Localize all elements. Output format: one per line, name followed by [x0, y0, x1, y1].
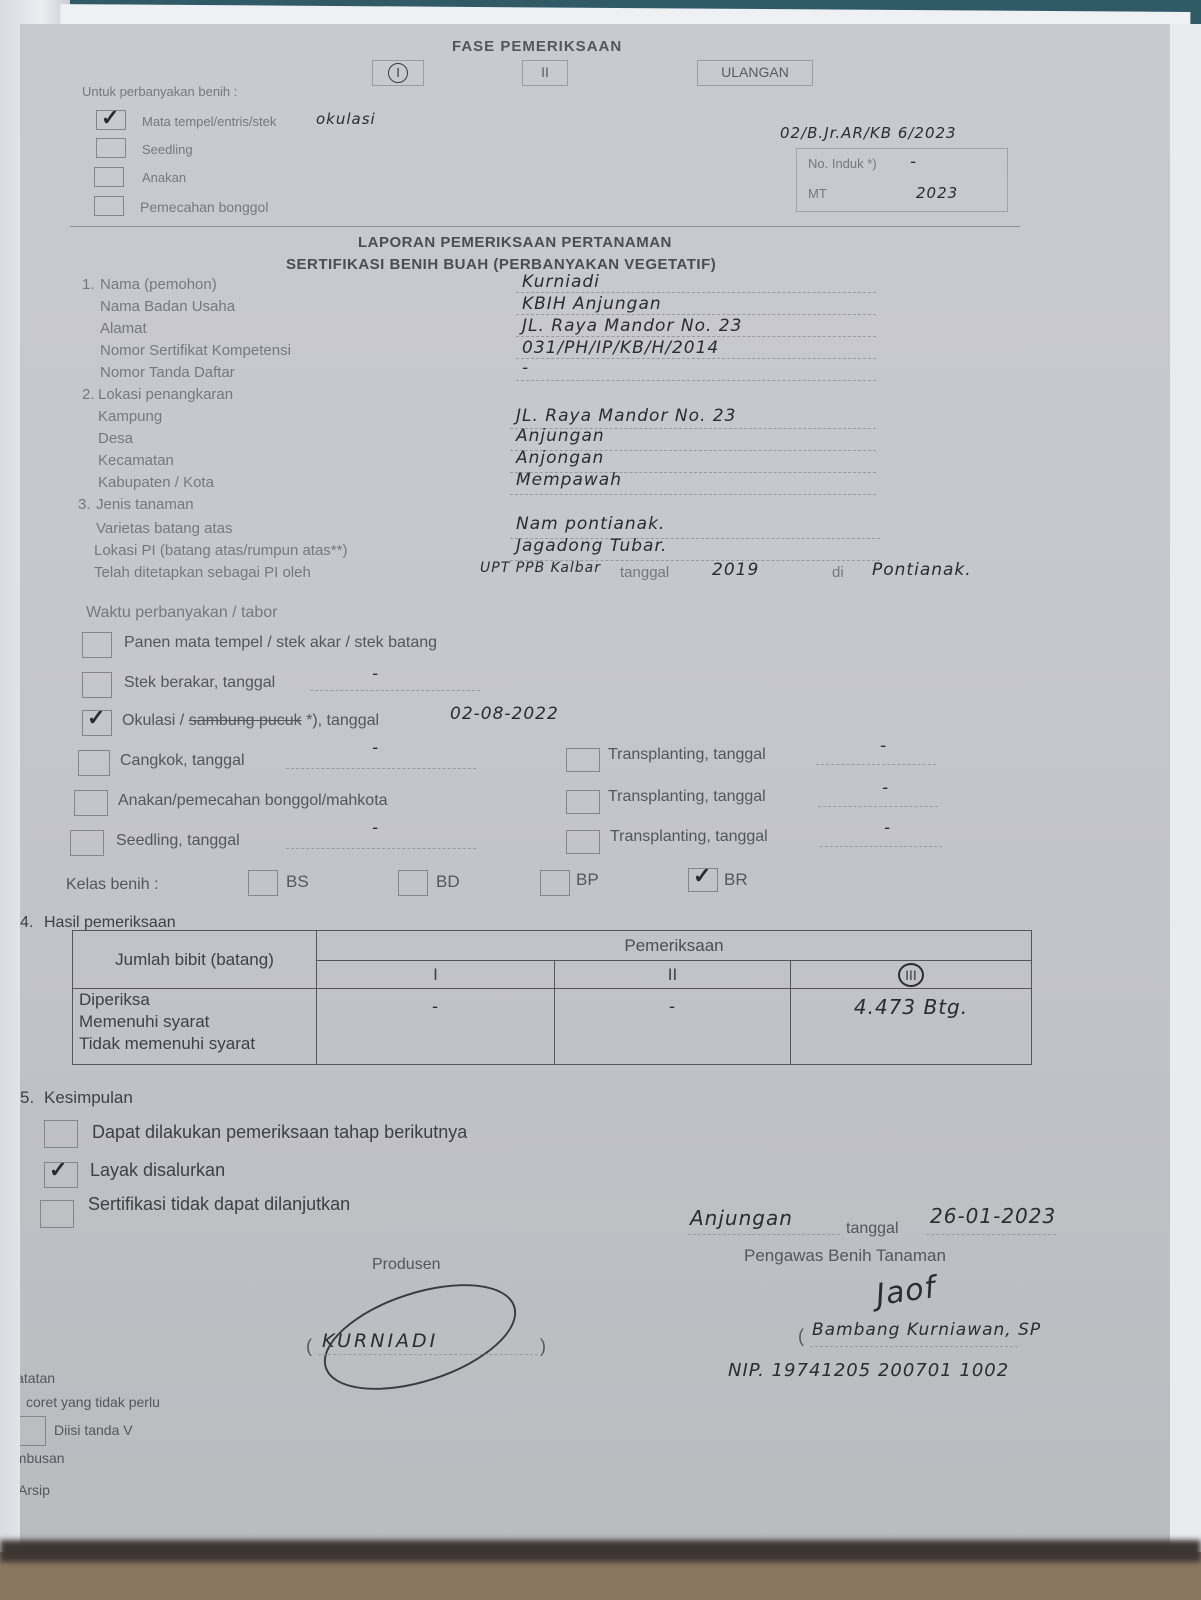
fill-line — [516, 336, 876, 337]
tembusan-label: Tembusan — [20, 1450, 65, 1466]
checkbox-kelas-bs[interactable] — [248, 870, 278, 896]
checkbox-seedling[interactable] — [96, 138, 126, 158]
field-label: Nama (pemohon) — [100, 276, 217, 293]
inspector-name: Bambang Kurniawan, SP — [812, 1320, 1041, 1340]
note-box-symbol — [20, 1416, 46, 1446]
fill-line — [318, 1354, 538, 1355]
kesimpulan-option-label: Sertifikasi tidak dapat dilanjutkan — [88, 1194, 350, 1215]
tanggal-suffix: *), tanggal — [302, 712, 379, 729]
tembusan-item: Arsip — [20, 1482, 50, 1498]
signature-date: 26-01-2023 — [930, 1204, 1056, 1228]
field-label: Kabupaten / Kota — [98, 474, 214, 491]
kesimpulan-option-label: Layak disalurkan — [90, 1160, 225, 1181]
row-label-memenuhi: Memenuhi syarat — [79, 1011, 316, 1033]
no-induk-value: - — [910, 152, 917, 172]
sambung-pucuk-struck: sambung pucuk — [189, 712, 302, 729]
checkbox-okulasi[interactable]: ✓ — [82, 710, 112, 736]
inspector-signature: Jaof — [874, 1270, 938, 1313]
signature-place: Anjungan — [690, 1206, 793, 1230]
field-value-tanda-daftar: - — [522, 358, 529, 378]
table-surface — [0, 1552, 1201, 1600]
kelas-option-label: BP — [576, 870, 599, 890]
checkbox-kelas-bd[interactable] — [398, 870, 428, 896]
row-labels-cell: Diperiksa Memenuhi syarat Tidak memenuhi… — [73, 989, 317, 1065]
producer-label: Produsen — [372, 1256, 441, 1274]
field-label: Desa — [98, 430, 133, 447]
fase-option-label: I — [396, 65, 400, 80]
value-pemeriksaan-ii: - — [555, 989, 791, 1065]
fill-line — [286, 768, 476, 769]
section-number: 5. — [20, 1088, 34, 1108]
waktu-heading: Waktu perbanyakan / tabor — [86, 604, 278, 622]
kelas-option-label: BR — [724, 870, 748, 890]
field-value-kecamatan: Anjongan — [516, 448, 604, 468]
paper-right-edge — [1170, 24, 1201, 1600]
waktu-item-label: Panen mata tempel / stek akar / stek bat… — [124, 634, 437, 652]
kelas-option-label: BS — [286, 872, 309, 892]
checkbox-pemecahan-bonggol[interactable] — [94, 196, 124, 216]
transplanting-value: - — [882, 778, 889, 798]
producer-open-paren: ( — [306, 1336, 312, 1357]
field-label: Nama Badan Usaha — [100, 298, 235, 315]
fill-line — [926, 1234, 1056, 1235]
field-value-varietas: Nam pontianak. — [516, 514, 665, 534]
no-induk-label: No. Induk *) — [808, 156, 877, 171]
header-divider — [70, 226, 1020, 227]
checkbox-cangkok[interactable] — [78, 750, 110, 776]
waktu-item-value: - — [372, 664, 379, 684]
transplanting-value: - — [884, 818, 891, 838]
column-header-ii: II — [555, 961, 791, 989]
perbanyakan-label: Untuk perbanyakan benih : — [82, 84, 237, 99]
tanggal-label: tanggal — [620, 564, 669, 581]
waktu-item-label: Cangkok, tanggal — [120, 752, 245, 770]
checkbox-stek-berakar[interactable] — [82, 672, 112, 698]
field-label: Nomor Sertifikat Kompetensi — [100, 342, 291, 359]
checkbox-mata-tempel[interactable]: ✓ — [96, 110, 126, 130]
perbanyakan-handwritten: okulasi — [316, 110, 376, 128]
perbanyakan-option-label: Mata tempel/entris/stek — [142, 114, 276, 129]
kesimpulan-option-label: Dapat dilakukan pemeriksaan tahap beriku… — [92, 1122, 467, 1143]
waktu-item-label: Seedling, tanggal — [116, 832, 240, 850]
checkbox-anakan[interactable] — [94, 167, 124, 187]
waktu-item-label: Anakan/pemecahan bonggol/mahkota — [118, 792, 388, 810]
mt-label: MT — [808, 186, 827, 201]
checkmark-icon: ✓ — [101, 105, 119, 131]
waktu-item-value: - — [372, 818, 379, 838]
field-value-alamat: JL. Raya Mandor No. 23 — [522, 316, 742, 336]
row-label-diperiksa: Diperiksa — [79, 989, 316, 1011]
checkbox-transplanting-3[interactable] — [566, 830, 600, 854]
fase-option-label: II — [541, 64, 549, 80]
checkbox-layak-disalurkan[interactable]: ✓ — [44, 1162, 78, 1188]
column-header-label: III — [905, 967, 917, 983]
section-number: 3. — [78, 496, 91, 513]
report-subtitle: SERTIFIKASI BENIH BUAH (PERBANYAKAN VEGE… — [286, 256, 716, 273]
fill-line — [816, 764, 936, 765]
waktu-item-label: Stek berakar, tanggal — [124, 674, 275, 692]
field-label: Telah ditetapkan sebagai PI oleh — [94, 564, 311, 581]
fase-option-2[interactable]: II — [522, 60, 568, 86]
fill-line — [516, 358, 876, 359]
field-value-ditetapkan-oleh: UPT PPB Kalbar — [480, 560, 601, 576]
fill-line — [516, 314, 876, 315]
field-value-nama: Kurniadi — [522, 272, 600, 292]
transplanting-label: Transplanting, tanggal — [608, 788, 766, 806]
checkbox-dapat-dilakukan[interactable] — [44, 1120, 78, 1148]
checkbox-transplanting-1[interactable] — [566, 748, 600, 772]
mt-value: 2023 — [916, 184, 958, 202]
fill-line — [688, 1234, 840, 1235]
pi-tanggal-value: 2019 — [712, 560, 759, 580]
perbanyakan-option-label: Pemecahan bonggol — [140, 199, 268, 215]
checkbox-transplanting-2[interactable] — [566, 790, 600, 814]
fase-title: FASE PEMERIKSAAN — [452, 38, 622, 55]
group-header-pemeriksaan: Pemeriksaan — [317, 931, 1032, 961]
producer-name: KURNIADI — [322, 1330, 438, 1352]
fase-option-label: ULANGAN — [721, 64, 789, 80]
waktu-item-value: 02-08-2022 — [450, 704, 559, 724]
fill-line — [310, 690, 480, 691]
inspector-nip: NIP. 19741205 200701 1002 — [728, 1360, 1009, 1381]
field-label: Nomor Tanda Daftar — [100, 364, 235, 381]
field-label: Kecamatan — [98, 452, 174, 469]
reference-number: 02/B.Jr.AR/KB 6/2023 — [780, 124, 957, 142]
field-label: Kampung — [98, 408, 162, 425]
field-value-kampung: JL. Raya Mandor No. 23 — [516, 406, 736, 426]
section-heading: Lokasi penangkaran — [98, 386, 233, 403]
field-value-sertifikat: 031/PH/IP/KB/H/2014 — [522, 338, 719, 358]
value-pemeriksaan-iii: 4.473 Btg. — [791, 989, 1032, 1065]
circle-mark-icon: I — [388, 63, 408, 83]
field-label: Varietas batang atas — [96, 520, 232, 537]
field-value-desa: Anjungan — [516, 426, 605, 446]
catatan-label: Catatan — [20, 1370, 55, 1386]
waktu-item-value: - — [372, 738, 379, 758]
fill-line — [818, 806, 938, 807]
di-label: di — [832, 564, 844, 581]
inspector-label: Pengawas Benih Tanaman — [744, 1246, 946, 1266]
perbanyakan-option-label: Anakan — [142, 170, 186, 185]
note-text: Diisi tanda V — [54, 1422, 133, 1438]
field-label: Alamat — [100, 320, 147, 337]
field-value-lokasi-pi: Jagadong Tubar. — [516, 536, 667, 556]
fase-option-1[interactable]: I — [372, 60, 424, 86]
fill-line — [820, 846, 942, 847]
note-text: coret yang tidak perlu — [26, 1394, 160, 1410]
checkbox-kelas-br[interactable]: ✓ — [688, 868, 718, 892]
kelas-benih-label: Kelas benih : — [66, 876, 159, 894]
row-label-tidak-memenuhi: Tidak memenuhi syarat — [79, 1033, 316, 1055]
okulasi-label: Okulasi / — [122, 712, 189, 729]
inspector-open-paren: ( — [798, 1326, 804, 1347]
row-header-jumlah-bibit: Jumlah bibit (batang) — [73, 931, 317, 989]
value-pemeriksaan-i: - — [317, 989, 555, 1065]
checkmark-icon: ✓ — [87, 705, 105, 731]
fill-line — [516, 292, 876, 293]
field-label: Lokasi PI (batang atas/rumpun atas**) — [94, 542, 347, 559]
section-number: 4. — [20, 914, 33, 932]
checkmark-icon: ✓ — [693, 863, 711, 889]
report-title: LAPORAN PEMERIKSAAN PERTANAMAN — [358, 234, 672, 251]
transplanting-label: Transplanting, tanggal — [610, 828, 768, 846]
transplanting-value: - — [880, 736, 887, 756]
column-header-i: I — [317, 961, 555, 989]
signature-tanggal-label: tanggal — [846, 1220, 899, 1238]
checkbox-panen-mata-tempel[interactable] — [82, 632, 112, 658]
checkmark-icon: ✓ — [49, 1157, 67, 1183]
checkbox-seedling-tanggal[interactable] — [70, 830, 104, 856]
fill-line — [286, 848, 476, 849]
fase-option-ulangan[interactable]: ULANGAN — [697, 60, 813, 86]
section-number: 2. — [82, 386, 95, 403]
checkbox-anakan-pemecahan[interactable] — [74, 790, 108, 816]
field-value-badan-usaha: KBIH Anjungan — [522, 294, 662, 314]
perbanyakan-option-label: Seedling — [142, 142, 193, 157]
field-value-kabupaten: Mempawah — [516, 470, 622, 490]
waktu-item-label: Okulasi / sambung pucuk *), tanggal — [122, 712, 379, 730]
section-heading: Jenis tanaman — [96, 496, 194, 513]
circle-mark-icon: III — [898, 963, 924, 987]
fill-line — [810, 1346, 1018, 1347]
pi-di-value: Pontianak. — [872, 560, 972, 580]
column-header-iii: III — [791, 961, 1032, 989]
section-number: 1. — [82, 276, 95, 293]
producer-close-paren: ) — [540, 1336, 546, 1357]
section-heading: Kesimpulan — [44, 1088, 133, 1108]
kelas-option-label: BD — [436, 872, 460, 892]
checkbox-kelas-bp[interactable] — [540, 870, 570, 896]
fill-line — [516, 380, 876, 381]
transplanting-label: Transplanting, tanggal — [608, 746, 766, 764]
fill-line — [510, 494, 876, 495]
checkbox-sertifikasi-tidak-lanjut[interactable] — [40, 1200, 74, 1228]
inspection-form: FASE PEMERIKSAAN I II ULANGAN Untuk perb… — [20, 24, 1170, 1564]
hasil-pemeriksaan-table: Jumlah bibit (batang) Pemeriksaan I II I… — [72, 930, 1032, 1065]
